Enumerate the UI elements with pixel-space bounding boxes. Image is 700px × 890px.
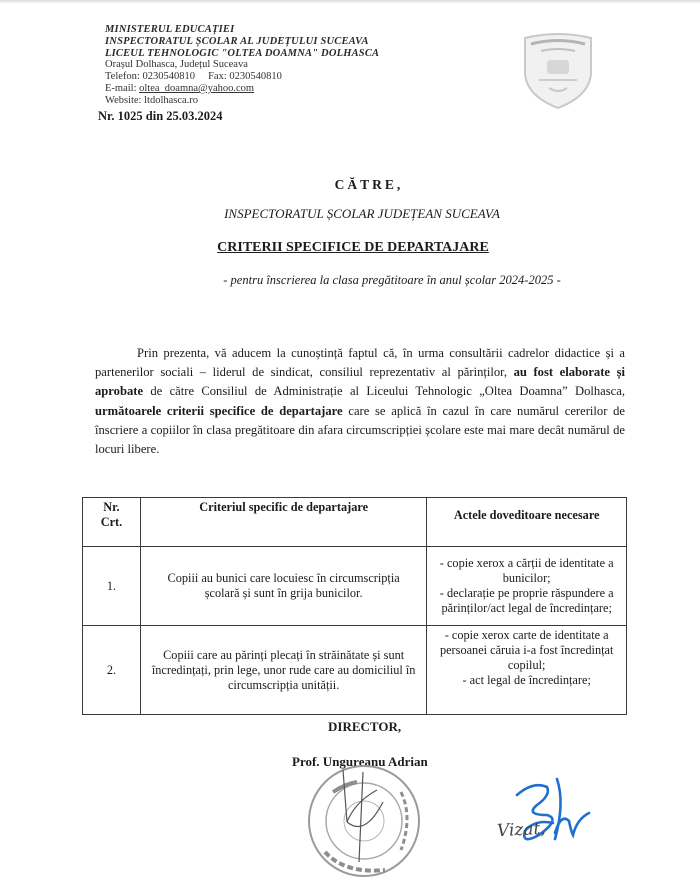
document-title-text: CRITERII SPECIFICE DE DEPARTAJARE bbox=[217, 240, 489, 256]
letterhead-ministry: MINISTERUL EDUCAȚIEI bbox=[105, 24, 485, 36]
fax-label: Fax: bbox=[208, 71, 227, 82]
addressee-to: CĂTRE, bbox=[335, 177, 404, 193]
addressee-institution: INSPECTORATUL ȘCOLAR JUDEȚEAN SUCEAVA bbox=[0, 206, 700, 222]
website-link[interactable]: ltdolhasca.ro bbox=[144, 95, 198, 106]
letterhead: MINISTERUL EDUCAȚIEI INSPECTORATUL ȘCOLA… bbox=[105, 24, 485, 107]
signatory-role: DIRECTOR, bbox=[328, 719, 401, 735]
body-text-2: de către Consiliul de Administrație al L… bbox=[143, 384, 625, 398]
official-stamp-icon bbox=[305, 762, 423, 880]
document-title: CRITERII SPECIFICE DE DEPARTAJARE bbox=[0, 240, 700, 256]
document-subtitle-text: - pentru înscrierea la clasa pregătitoar… bbox=[223, 273, 560, 288]
table-row: 2. Copiii care au părinți plecați în str… bbox=[83, 626, 627, 715]
addressee-institution-text: INSPECTORATUL ȘCOLAR JUDEȚEAN SUCEAVA bbox=[224, 206, 500, 222]
letterhead-school: LICEUL TEHNOLOGIC "OLTEA DOAMNA" DOLHASC… bbox=[105, 48, 485, 60]
row-proofs: - copie xerox a cărții de identitate a b… bbox=[427, 547, 627, 626]
proof-item: - declarație pe proprie răspundere a păr… bbox=[431, 586, 622, 616]
addressee-label: CĂTRE, bbox=[0, 177, 700, 193]
proof-item: - copie xerox a cărții de identitate a b… bbox=[431, 556, 622, 586]
row-criterion: Copiii au bunici care locuiesc în circum… bbox=[140, 547, 426, 626]
header-nr-text: Nr.Crt. bbox=[101, 500, 123, 529]
handwritten-annotation: Vizat, bbox=[497, 819, 547, 842]
criteria-table: Nr.Crt. Criteriul specific de departajar… bbox=[82, 497, 627, 715]
body-bold-2: următoarele criterii specifice de depart… bbox=[95, 404, 343, 418]
email-link[interactable]: oltea_doamna@yahoo.com bbox=[139, 83, 254, 94]
row-nr: 2. bbox=[83, 626, 141, 715]
page-top-edge bbox=[0, 0, 700, 4]
letterhead-email: E-mail: oltea_doamna@yahoo.com bbox=[105, 83, 485, 95]
header-nr: Nr.Crt. bbox=[83, 498, 141, 547]
header-criterion: Criteriul specific de departajare bbox=[140, 498, 426, 547]
table-header-row: Nr.Crt. Criteriul specific de departajar… bbox=[83, 498, 627, 547]
email-label: E-mail: bbox=[105, 83, 137, 94]
website-label: Website: bbox=[105, 95, 141, 106]
phone-label: Telefon: bbox=[105, 71, 140, 82]
fax-value: 0230540810 bbox=[229, 71, 282, 82]
document-subtitle: - pentru înscrierea la clasa pregătitoar… bbox=[0, 273, 700, 288]
letterhead-inspectorate: INSPECTORATUL ȘCOLAR AL JUDEȚULUI SUCEAV… bbox=[105, 36, 485, 48]
handwritten-signature-icon bbox=[495, 773, 595, 858]
table-row: 1. Copiii au bunici care locuiesc în cir… bbox=[83, 547, 627, 626]
proof-item: - act legal de încredințare; bbox=[431, 673, 622, 688]
letterhead-contact: Telefon: 0230540810 Fax: 0230540810 bbox=[105, 71, 485, 83]
row-nr: 1. bbox=[83, 547, 141, 626]
header-proofs: Actele doveditoare necesare bbox=[427, 498, 627, 547]
school-crest-icon bbox=[517, 30, 599, 110]
body-paragraph: Prin prezenta, vă aducem la cunoștință f… bbox=[95, 344, 625, 459]
row-criterion: Copiii care au părinți plecați în străin… bbox=[140, 626, 426, 715]
letterhead-website: Website: ltdolhasca.ro bbox=[105, 95, 485, 107]
registration-number: Nr. 1025 din 25.03.2024 bbox=[98, 109, 223, 124]
proof-item: - copie xerox carte de identitate a pers… bbox=[431, 628, 622, 673]
letterhead-address: Orașul Dolhasca, Județul Suceava bbox=[105, 59, 485, 71]
phone-value: 0230540810 bbox=[142, 71, 195, 82]
row-proofs: - copie xerox carte de identitate a pers… bbox=[427, 626, 627, 715]
